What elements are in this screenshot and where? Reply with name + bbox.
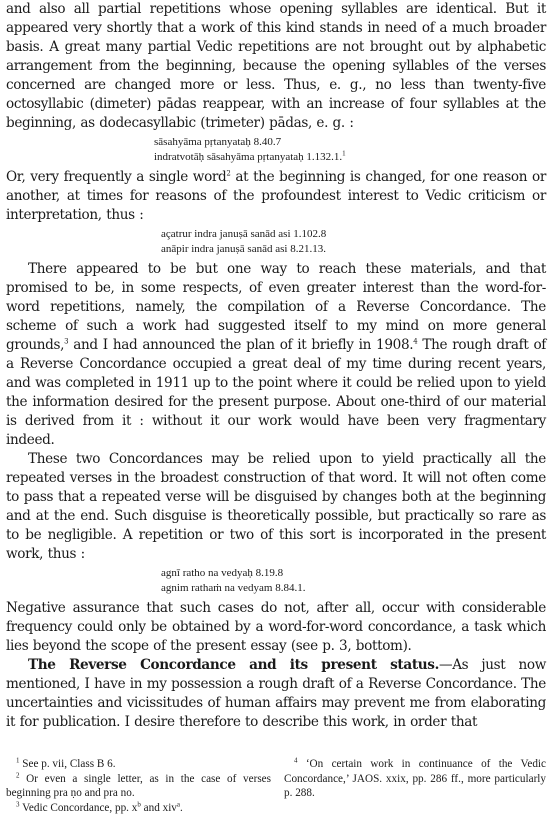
verse-block-3: agnī ratho na vedyaḥ 8.19.8 agnim rathaṁ…	[6, 566, 546, 596]
verse-line: indratvotāḥ sāsahyāma pṛtanyataḥ 1.132.1…	[154, 150, 546, 165]
paragraph-5: Negative assurance that such cases do no…	[6, 599, 546, 656]
footnote-2: 2 Or even a single letter, as in the cas…	[6, 772, 271, 801]
page-body: and also all partial repetitions whose o…	[6, 0, 546, 732]
section-heading: The Reverse Concordance and its present …	[28, 657, 439, 673]
footnotes: 1 See p. vii, Class B 6. 2 Or even a sin…	[6, 757, 546, 815]
verse-line: sāsahyāma pṛtanyataḥ 8.40.7	[154, 135, 546, 150]
verse-block-1: sāsahyāma pṛtanyataḥ 8.40.7 indratvotāḥ …	[6, 135, 546, 165]
footnotes-right-column: 4 ‘On certain work in continuance of the…	[284, 757, 546, 815]
verse-line: anāpir indra januṣā sanād asi 8.21.13.	[161, 242, 546, 257]
footnotes-left-column: 1 See p. vii, Class B 6. 2 Or even a sin…	[6, 757, 271, 815]
paragraph-4: These two Concordances may be relied upo…	[6, 450, 546, 564]
verse-line: açatrur indra januṣā sanād asi 1.102.8	[161, 227, 546, 242]
verse-line: agnī ratho na vedyaḥ 8.19.8	[161, 566, 546, 581]
footnote-1: 1 See p. vii, Class B 6.	[6, 757, 271, 772]
verse-block-2: açatrur indra januṣā sanād asi 1.102.8 a…	[6, 227, 546, 257]
paragraph-2: Or, very frequently a single word2 at th…	[6, 168, 546, 225]
paragraph-3: There appeared to be but one way to reac…	[6, 260, 546, 450]
verse-line: agnim rathaṁ na vedyam 8.84.1.	[161, 581, 546, 596]
footnote-3: 3 Vedic Concordance, pp. xb and xiva.	[6, 801, 271, 816]
footnote-ref-1[interactable]: 1	[342, 149, 346, 157]
footnote-4: 4 ‘On certain work in continuance of the…	[284, 757, 546, 801]
paragraph-6: The Reverse Concordance and its present …	[6, 656, 546, 732]
paragraph-1: and also all partial repetitions whose o…	[6, 0, 546, 133]
